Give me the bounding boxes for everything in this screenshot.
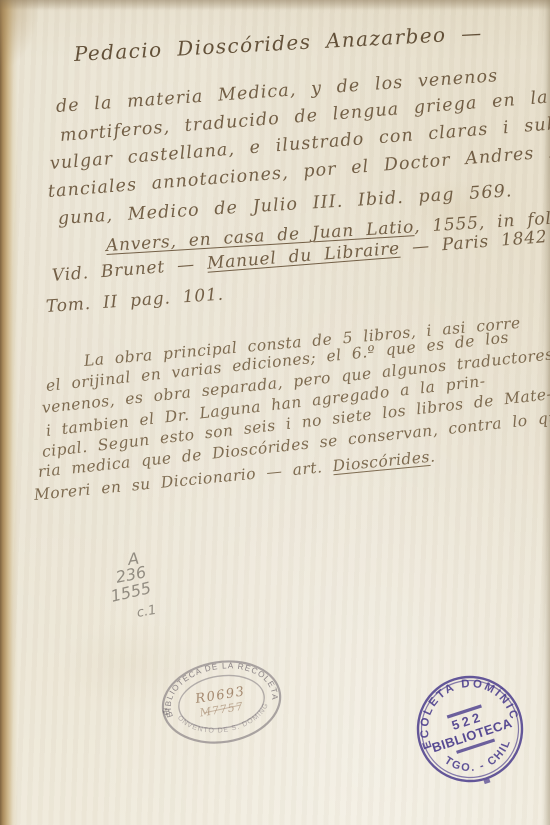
oval-library-stamp: BIBLIOTECA DE LA RECOLETA CONVENTO DE S.…: [148, 640, 296, 769]
manuscript-reference-line2: Tom. II pag. 101.: [45, 285, 224, 317]
binding-corner-shadow: [0, 0, 40, 70]
pencil-call-number-line: c.1: [136, 603, 158, 621]
round-library-stamp: RECOLETA DOMÍNICA · STGO. - CHILE · 522 …: [387, 646, 550, 812]
binding-gutter-edge: [0, 0, 18, 825]
reference-pre: Vid. Brunet —: [51, 254, 208, 286]
closing-underlined: Dioscórides: [332, 448, 431, 475]
manuscript-page: Pedacio Dioscórides Anazarbeo — de la ma…: [0, 0, 550, 825]
closing-post: .: [429, 447, 436, 465]
manuscript-title-line: Pedacio Dioscórides Anazarbeo —: [73, 21, 483, 66]
page-top-edge-shadow: [0, 0, 550, 10]
pencil-call-number-line: 1555: [109, 578, 153, 606]
